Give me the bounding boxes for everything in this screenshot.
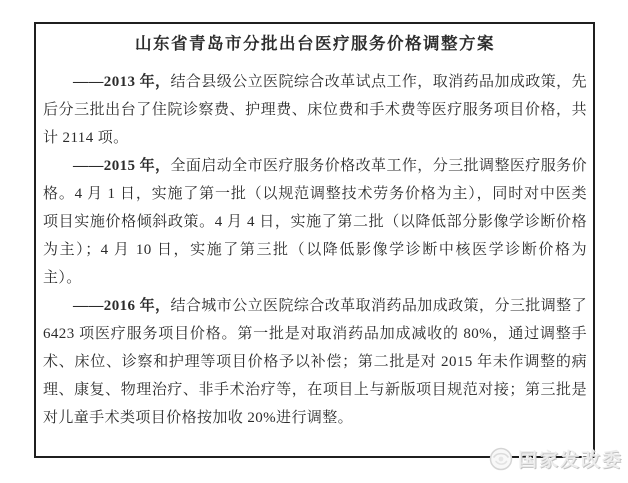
paragraph-2016: ——2016 年，结合城市公立医院综合改革取消药品加成政策，分三批调整了 642… — [43, 292, 587, 432]
paragraph-2013-lead: ——2013 年， — [73, 74, 170, 90]
document-frame: 山东省青岛市分批出台医疗服务价格调整方案 ——2013 年，结合县级公立医院综合… — [34, 22, 595, 458]
watermark-label: 国家发改委 — [518, 445, 623, 472]
paragraph-2016-body: 结合城市公立医院综合改革取消药品加成政策，分三批调整了 6423 项医疗服务项目… — [43, 298, 587, 426]
document-title: 山东省青岛市分批出台医疗服务价格调整方案 — [43, 34, 587, 54]
watermark: 国家发改委 — [489, 445, 623, 472]
paragraph-2013: ——2013 年，结合县级公立医院综合改革试点工作，取消药品加成政策，先后分三批… — [43, 68, 587, 152]
paragraph-2015-lead: ——2015 年， — [73, 158, 170, 174]
ndrc-emblem-icon — [489, 447, 513, 471]
paragraph-2016-lead: ——2016 年， — [73, 298, 170, 314]
paragraph-2015-body: 全面启动全市医疗服务价格改革工作，分三批调整医疗服务价格。4 月 1 日，实施了… — [43, 158, 587, 286]
paragraph-2015: ——2015 年，全面启动全市医疗服务价格改革工作，分三批调整医疗服务价格。4 … — [43, 152, 587, 292]
